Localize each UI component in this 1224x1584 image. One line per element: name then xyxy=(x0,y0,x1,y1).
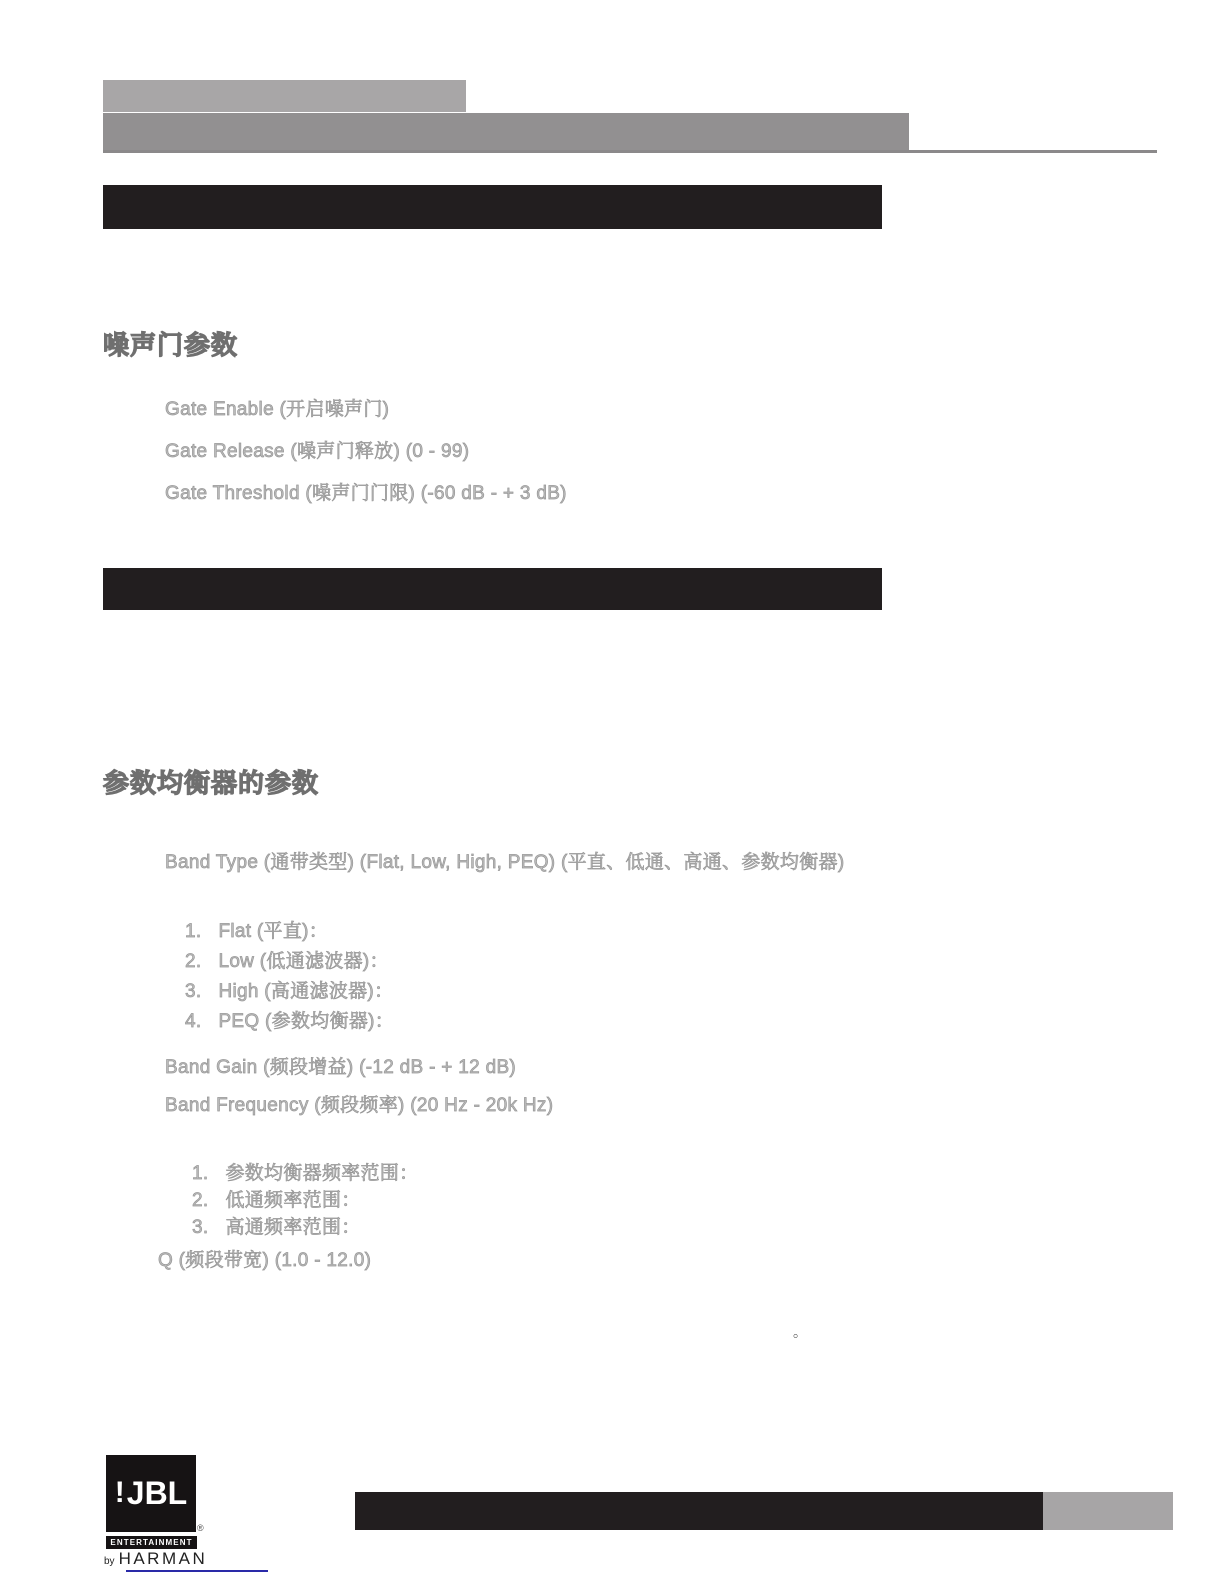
by-label: by xyxy=(104,1556,115,1567)
list-item: 4. PEQ (参数均衡器)： xyxy=(185,1010,394,1033)
band-gain-line: Band Gain (频段增益) (-12 dB - + 12 dB) xyxy=(165,1056,516,1079)
section-title-bar-gate xyxy=(103,185,882,229)
list-label: 低通频率范围： xyxy=(225,1189,360,1212)
jbl-logo-text: JBL xyxy=(127,1475,187,1512)
jbl-exclamation-mark-icon: ! xyxy=(115,1476,125,1510)
list-label: 参数均衡器频率范围： xyxy=(225,1162,418,1185)
footer-bar-black xyxy=(355,1492,1043,1530)
list-item: 3. 高通频率范围： xyxy=(192,1216,361,1239)
list-label: 高通频率范围： xyxy=(225,1216,360,1239)
list-label: PEQ (参数均衡器)： xyxy=(218,1010,394,1033)
jbl-logo: ! JBL xyxy=(106,1455,196,1532)
section-title-bar-peq xyxy=(103,568,882,610)
list-label: Flat (平直)： xyxy=(218,920,328,943)
list-number: 2. xyxy=(185,950,201,973)
band-type-line: Band Type (通带类型) (Flat, Low, High, PEQ) … xyxy=(165,851,844,874)
gate-enable-line: Gate Enable (开启噪声门) xyxy=(165,398,389,421)
list-number: 3. xyxy=(192,1216,208,1239)
list-item: 1. 参数均衡器频率范围： xyxy=(192,1162,418,1185)
gate-section-title: 噪声门参数 xyxy=(103,330,238,360)
list-number: 1. xyxy=(185,920,201,943)
header-bar-wide xyxy=(103,113,909,150)
list-label: Low (低通滤波器)： xyxy=(218,950,388,973)
list-item: 2. Low (低通滤波器)： xyxy=(185,950,389,973)
list-item: 3. High (高通滤波器)： xyxy=(185,980,393,1003)
peq-section-title: 参数均衡器的参数 xyxy=(103,768,319,798)
manual-page: 噪声门参数 Gate Enable (开启噪声门) Gate Release (… xyxy=(0,0,1224,1584)
list-number: 4. xyxy=(185,1010,201,1033)
gate-release-line: Gate Release (噪声门释放) (0 - 99) xyxy=(165,440,469,463)
harman-label: HARMAN xyxy=(119,1549,208,1569)
list-number: 3. xyxy=(185,980,201,1003)
footer-bar-gray-segment xyxy=(1043,1492,1173,1530)
list-label: High (高通滤波器)： xyxy=(218,980,393,1003)
entertainment-label: ENTERTAINMENT xyxy=(110,1538,192,1547)
list-item: 2. 低通频率范围： xyxy=(192,1189,361,1212)
header-bar-small xyxy=(103,80,466,112)
registered-trademark-symbol: ® xyxy=(197,1523,204,1533)
footer-link-underline xyxy=(126,1570,268,1572)
list-item: 1. Flat (平直)： xyxy=(185,920,328,943)
by-harman: by HARMAN xyxy=(104,1549,207,1569)
header-rule xyxy=(103,150,1157,153)
gate-threshold-line: Gate Threshold (噪声门门限) (-60 dB - + 3 dB) xyxy=(165,482,567,505)
list-number: 1. xyxy=(192,1162,208,1185)
stray-period-mark: 。 xyxy=(793,1322,807,1342)
q-bandwidth-line: Q (频段带宽) (1.0 - 12.0) xyxy=(158,1249,371,1272)
entertainment-strip: ENTERTAINMENT xyxy=(106,1536,197,1549)
list-number: 2. xyxy=(192,1189,208,1212)
band-frequency-line: Band Frequency (频段频率) (20 Hz - 20k Hz) xyxy=(165,1094,553,1117)
